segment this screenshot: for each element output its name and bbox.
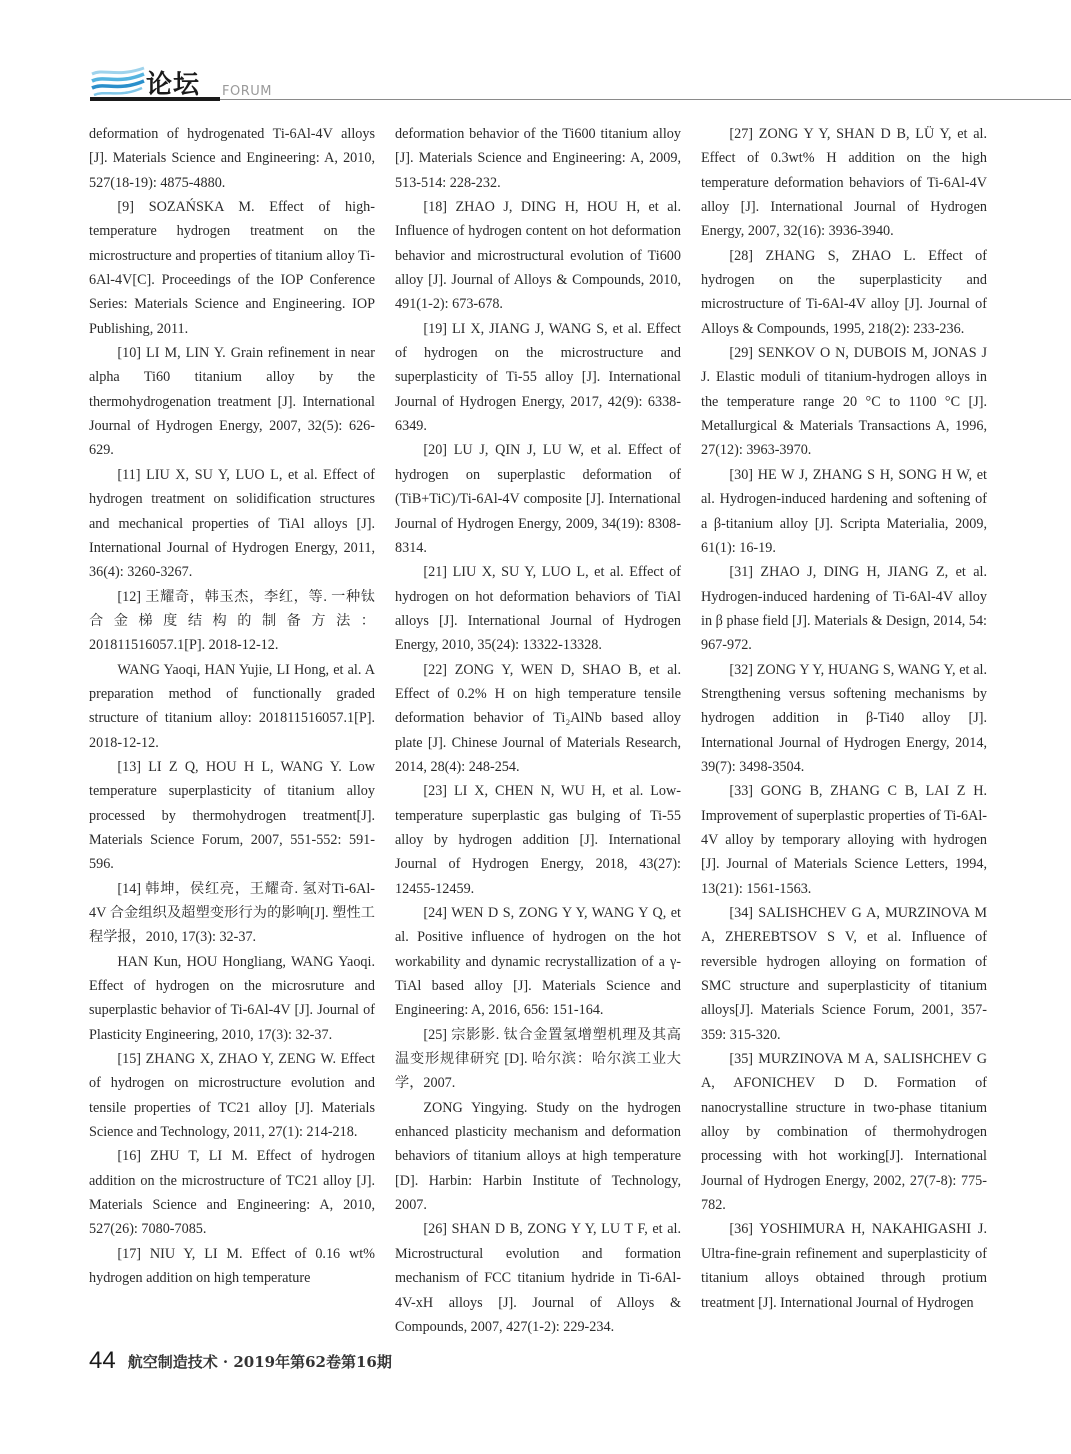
reference-item: [32] ZONG Y Y, HUANG S, WANG Y, et al. S… [701,658,987,780]
reference-item: [19] LI X, JIANG J, WANG S, et al. Effec… [395,317,681,439]
reference-column-3: [27] ZONG Y Y, SHAN D B, LÜ Y, et al. Ef… [701,122,987,1315]
reference-item: [21] LIU X, SU Y, LUO L, et al. Effect o… [395,560,681,657]
reference-item: [34] SALISHCHEV G A, MURZINOVA M A, ZHER… [701,901,987,1047]
reference-item: [36] YOSHIMURA H, NAKAHIGASHI J. Ultra-f… [701,1217,987,1314]
reference-item: HAN Kun, HOU Hongliang, WANG Yaoqi. Effe… [89,950,375,1047]
reference-item: [10] LI M, LIN Y. Grain refinement in ne… [89,341,375,463]
reference-item: [26] SHAN D B, ZONG Y Y, LU T F, et al. … [395,1217,681,1339]
reference-item: [15] ZHANG X, ZHAO Y, ZENG W. Effect of … [89,1047,375,1144]
reference-item: [9] SOZAŃSKA M. Effect of high-temperatu… [89,195,375,341]
reference-item: [20] LU J, QIN J, LU W, et al. Effect of… [395,438,681,560]
section-title-en: FORUM [222,84,272,99]
page-footer: 44 航空制造技术 · 2019年第62卷第16期 [89,1347,392,1377]
reference-item: [29] SENKOV O N, DUBOIS M, JONAS J J. El… [701,341,987,463]
header-rule [220,99,1071,100]
reference-item: [27] ZONG Y Y, SHAN D B, LÜ Y, et al. Ef… [701,122,987,244]
reference-item: [22] ZONG Y, WEN D, SHAO B, et al. Effec… [395,658,681,780]
header-accent-bar [90,97,220,101]
reference-item: [23] LI X, CHEN N, WU H, et al. Low-temp… [395,779,681,901]
reference-item: [30] HE W J, ZHANG S H, SONG H W, et al.… [701,463,987,560]
reference-item: [24] WEN D S, ZONG Y Y, WANG Y Q, et al.… [395,901,681,1023]
reference-item: [16] ZHU T, LI M. Effect of hydrogen add… [89,1144,375,1241]
reference-item: [18] ZHAO J, DING H, HOU H, et al. Influ… [395,195,681,317]
reference-item: [25] 宗影影. 钛合金置氢增塑机理及其高温变形规律研究 [D]. 哈尔滨：哈… [395,1023,681,1096]
reference-column-2: deformation behavior of the Ti600 titani… [395,122,681,1339]
reference-item: [28] ZHANG S, ZHAO L. Effect of hydrogen… [701,244,987,341]
reference-item: WANG Yaoqi, HAN Yujie, LI Hong, et al. A… [89,658,375,755]
reference-item: [17] NIU Y, LI M. Effect of 0.16 wt% hyd… [89,1242,375,1291]
reference-item: [14] 韩坤，侯红亮，王耀奇. 氢对Ti-6Al-4V 合金组织及超塑变形行为… [89,877,375,950]
reference-item: [31] ZHAO J, DING H, JIANG Z, et al. Hyd… [701,560,987,657]
section-title-cn: 论坛 [146,64,200,101]
journal-info: 航空制造技术 · 2019年第62卷第16期 [128,1353,392,1371]
reference-column-1: deformation of hydrogenated Ti-6Al-4V al… [89,122,375,1291]
reference-item: [13] LI Z Q, HOU H L, WANG Y. Low temper… [89,755,375,877]
page-number: 44 [89,1347,116,1374]
reference-item: deformation of hydrogenated Ti-6Al-4V al… [89,122,375,195]
reference-item: [12] 王耀奇，韩玉杰，李红，等. 一种钛合金梯度结构的制备方法：201811… [89,585,375,658]
reference-item: [33] GONG B, ZHANG C B, LAI Z H. Improve… [701,779,987,901]
page-header: 论坛 FORUM [90,62,1071,112]
reference-item: ZONG Yingying. Study on the hydrogen enh… [395,1096,681,1218]
reference-item: [11] LIU X, SU Y, LUO L, et al. Effect o… [89,463,375,585]
reference-item: deformation behavior of the Ti600 titani… [395,122,681,195]
reference-item: [35] MURZINOVA M A, SALISHCHEV G A, AFON… [701,1047,987,1217]
waves-logo-icon [90,66,146,100]
